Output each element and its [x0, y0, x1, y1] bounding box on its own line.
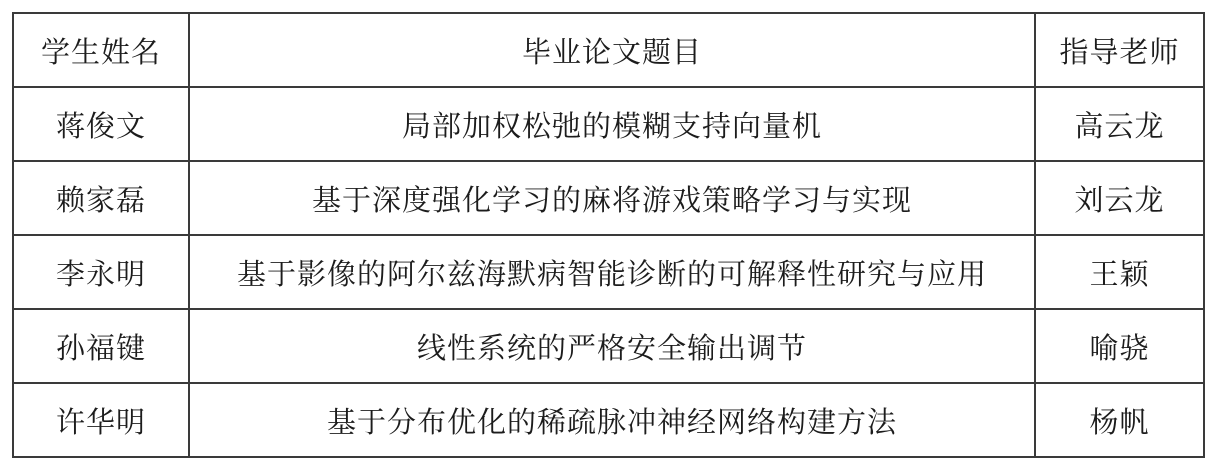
cell-student-name: 赖家磊: [13, 161, 189, 235]
cell-thesis-title: 基于深度强化学习的麻将游戏策略学习与实现: [189, 161, 1035, 235]
header-thesis-title: 毕业论文题目: [189, 13, 1035, 87]
table-row: 孙福键 线性系统的严格安全输出调节 喻骁: [13, 309, 1204, 383]
table-row: 赖家磊 基于深度强化学习的麻将游戏策略学习与实现 刘云龙: [13, 161, 1204, 235]
cell-advisor: 王颖: [1035, 235, 1204, 309]
header-student-name: 学生姓名: [13, 13, 189, 87]
cell-student-name: 孙福键: [13, 309, 189, 383]
cell-student-name: 李永明: [13, 235, 189, 309]
table-row: 蒋俊文 局部加权松弛的模糊支持向量机 高云龙: [13, 87, 1204, 161]
cell-student-name: 蒋俊文: [13, 87, 189, 161]
table-row: 李永明 基于影像的阿尔兹海默病智能诊断的可解释性研究与应用 王颖: [13, 235, 1204, 309]
cell-thesis-title: 基于影像的阿尔兹海默病智能诊断的可解释性研究与应用: [189, 235, 1035, 309]
header-advisor: 指导老师: [1035, 13, 1204, 87]
cell-thesis-title: 局部加权松弛的模糊支持向量机: [189, 87, 1035, 161]
table-header-row: 学生姓名 毕业论文题目 指导老师: [13, 13, 1204, 87]
cell-thesis-title: 线性系统的严格安全输出调节: [189, 309, 1035, 383]
document-page: 学生姓名 毕业论文题目 指导老师 蒋俊文 局部加权松弛的模糊支持向量机 高云龙 …: [0, 0, 1215, 468]
thesis-assignment-table: 学生姓名 毕业论文题目 指导老师 蒋俊文 局部加权松弛的模糊支持向量机 高云龙 …: [12, 12, 1205, 458]
cell-advisor: 高云龙: [1035, 87, 1204, 161]
cell-student-name: 许华明: [13, 383, 189, 457]
cell-thesis-title: 基于分布优化的稀疏脉冲神经网络构建方法: [189, 383, 1035, 457]
cell-advisor: 喻骁: [1035, 309, 1204, 383]
table-row: 许华明 基于分布优化的稀疏脉冲神经网络构建方法 杨帆: [13, 383, 1204, 457]
cell-advisor: 杨帆: [1035, 383, 1204, 457]
cell-advisor: 刘云龙: [1035, 161, 1204, 235]
